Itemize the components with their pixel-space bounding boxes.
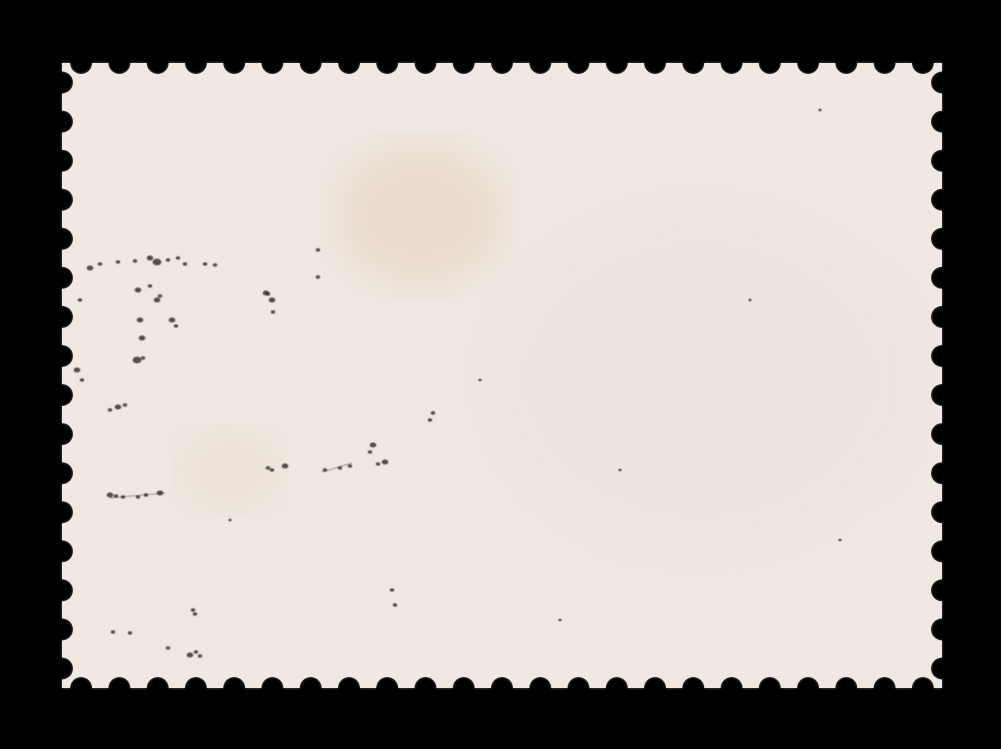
photo-scene bbox=[0, 0, 1001, 749]
stamp-image bbox=[0, 0, 1001, 749]
paper-texture bbox=[0, 0, 1001, 749]
stamp-paper bbox=[0, 0, 1001, 749]
